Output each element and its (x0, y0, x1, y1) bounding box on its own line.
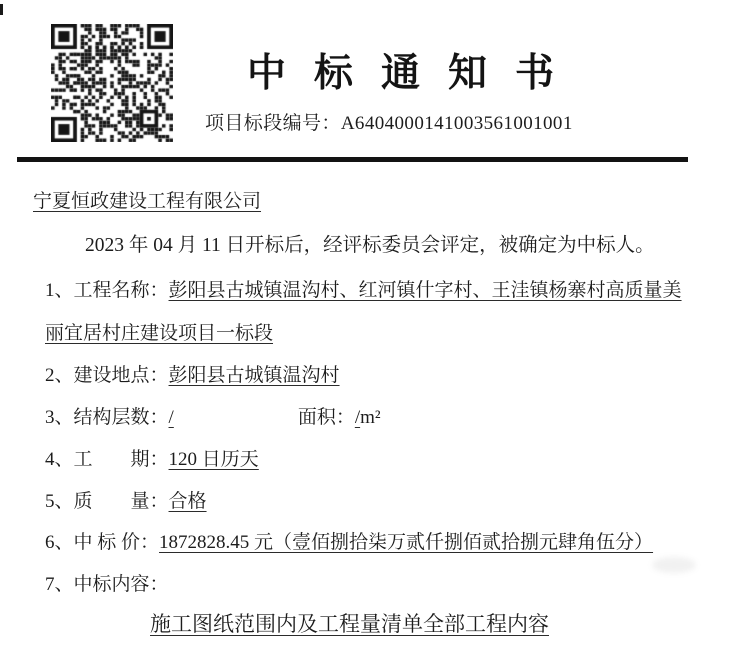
item-number: 3、 (45, 407, 74, 428)
intro-paragraph: 2023 年 04 月 11 日开标后，经评标委员会评定，被确定为中标人。 (85, 234, 655, 258)
content-scope-line: 施工图纸范围内及工程量清单全部工程内容 (150, 612, 549, 636)
item-label: 结构层数： (74, 407, 169, 428)
quality-value: 合格 (169, 491, 207, 512)
project-number-label: 项目标段编号： (205, 113, 341, 134)
header-divider (17, 157, 688, 162)
item-structure-floors: 3、结构层数：/面积：/m² (45, 406, 381, 430)
floors-value: / (169, 407, 174, 428)
item-number: 1、 (45, 280, 74, 301)
item-label: 中标内容： (74, 574, 169, 595)
item-construction-site: 2、建设地点：彭阳县古城镇温沟村 (45, 364, 340, 388)
project-number-value: A6404000141003561001001 (341, 113, 573, 134)
item-project-name: 1、工程名称：彭阳县古城镇温沟村、红河镇什字村、王洼镇杨寨村高质量美丽宜居村庄建… (45, 269, 690, 355)
item-award-content: 7、中标内容： (45, 573, 169, 597)
project-section-number-line: 项目标段编号：A6404000141003561001001 (205, 108, 573, 135)
area-label: 面积： (298, 407, 355, 428)
item-duration: 4、工 期：120 日历天 (45, 448, 259, 472)
scan-smudge-artifact (652, 557, 696, 573)
item-number: 7、 (45, 574, 74, 595)
scan-edge-artifact (0, 4, 3, 15)
item-bid-price: 6、中 标 价：1872828.45 元（壹佰捌拾柒万贰仟捌佰贰拾捌元肆角伍分） (45, 531, 653, 555)
bid-price-value: 1872828.45 元（壹佰捌拾柒万贰仟捌佰贰拾捌元肆角伍分） (159, 532, 653, 553)
duration-value: 120 日历天 (169, 449, 259, 470)
item-label: 中 标 价： (74, 532, 160, 553)
item-number: 6、 (45, 532, 74, 553)
item-label: 建设地点： (74, 365, 169, 386)
item-label: 质 量： (74, 491, 169, 512)
item-label: 工程名称： (74, 280, 169, 301)
area-unit: m² (360, 407, 380, 428)
item-quality: 5、质 量：合格 (45, 490, 207, 514)
item-label: 工 期： (74, 449, 169, 470)
item-number: 4、 (45, 449, 74, 470)
construction-site-value: 彭阳县古城镇温沟村 (169, 365, 340, 386)
recipient-company-name: 宁夏恒政建设工程有限公司 (33, 190, 261, 214)
item-number: 2、 (45, 365, 74, 386)
bid-award-notice-document: 中标通知书 项目标段编号：A6404000141003561001001 宁夏恒… (0, 0, 737, 646)
qr-code-icon (51, 24, 173, 142)
item-number: 5、 (45, 491, 74, 512)
document-title: 中标通知书 (247, 42, 582, 98)
